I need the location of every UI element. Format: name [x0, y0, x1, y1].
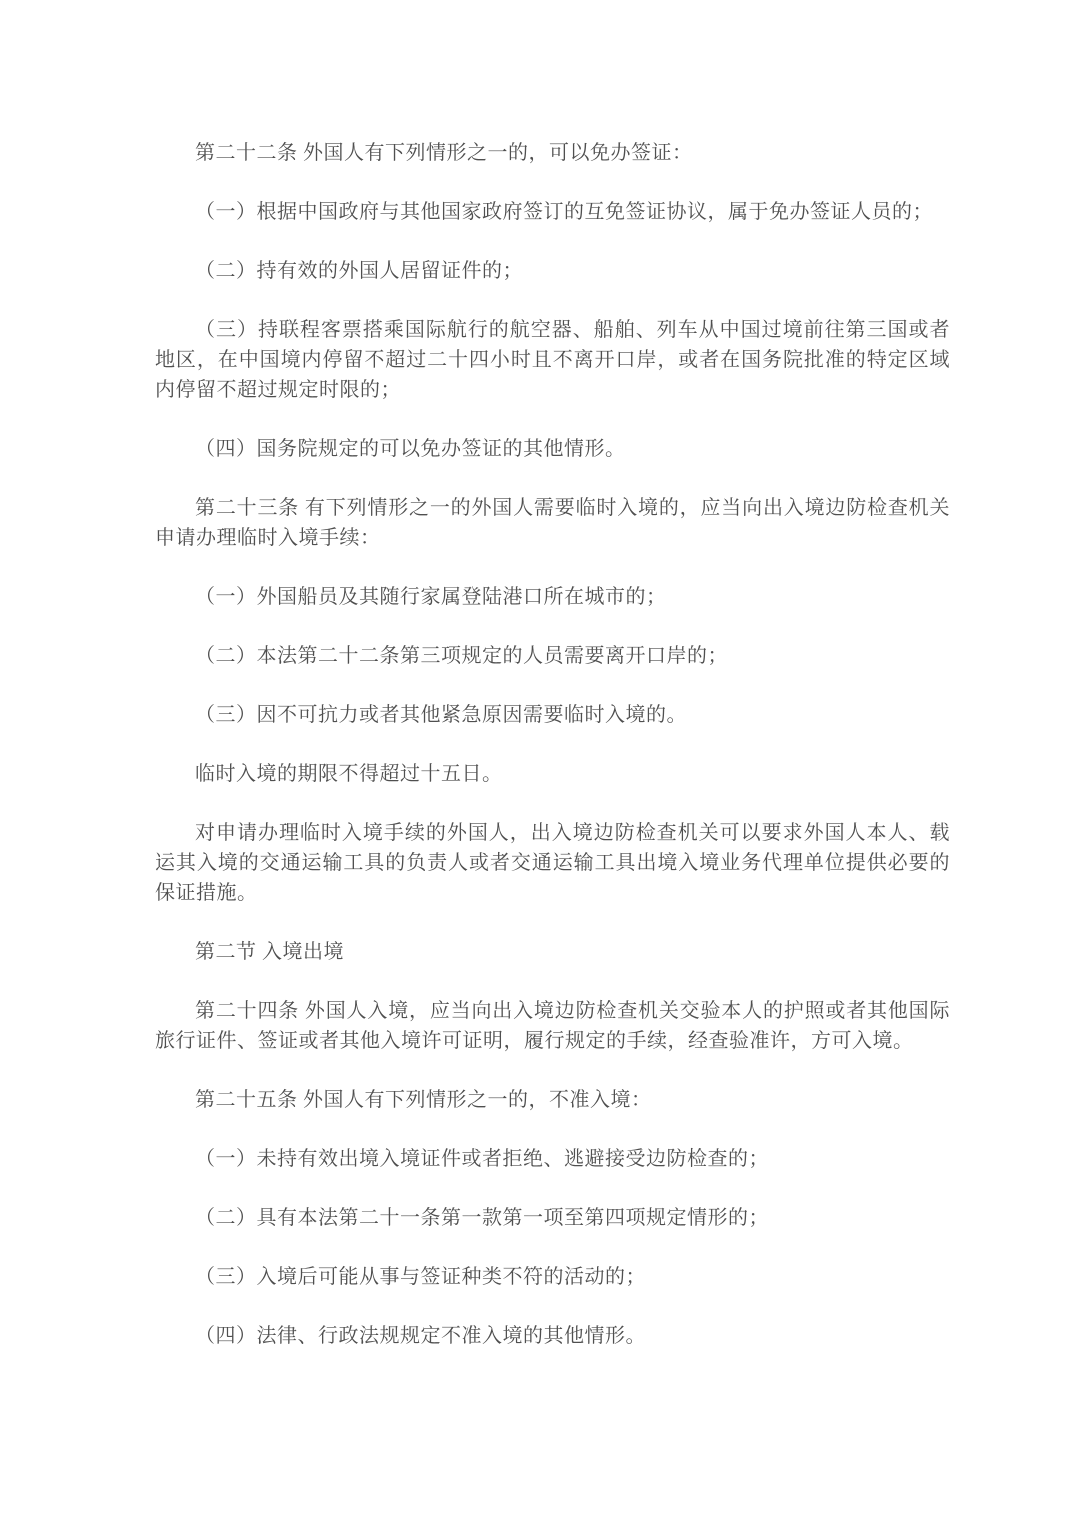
article-22-item-1: （一）根据中国政府与其他国家政府签订的互免签证协议，属于免办签证人员的； [155, 197, 950, 227]
article-22-item-3: （三）持联程客票搭乘国际航行的航空器、船舶、列车从中国过境前往第三国或者地区，在… [155, 315, 950, 405]
article-23-para-3: 对申请办理临时入境手续的外国人，出入境边防检查机关可以要求外国人本人、载运其入境… [155, 818, 950, 908]
document-page: 第二十二条 外国人有下列情形之一的，可以免办签证： （一）根据中国政府与其他国家… [0, 0, 1074, 1520]
article-23-heading: 第二十三条 有下列情形之一的外国人需要临时入境的，应当向出入境边防检查机关申请办… [155, 493, 950, 553]
article-25-item-1: （一）未持有效出境入境证件或者拒绝、逃避接受边防检查的； [155, 1144, 950, 1174]
article-23-item-2: （二）本法第二十二条第三项规定的人员需要离开口岸的； [155, 641, 950, 671]
article-25-item-2: （二）具有本法第二十一条第一款第一项至第四项规定情形的； [155, 1203, 950, 1233]
article-23-para-2: 临时入境的期限不得超过十五日。 [155, 759, 950, 789]
article-25-heading: 第二十五条 外国人有下列情形之一的，不准入境： [155, 1085, 950, 1115]
article-25-item-4: （四）法律、行政法规规定不准入境的其他情形。 [155, 1321, 950, 1351]
article-24-paragraph: 第二十四条 外国人入境，应当向出入境边防检查机关交验本人的护照或者其他国际旅行证… [155, 996, 950, 1056]
article-23-item-1: （一）外国船员及其随行家属登陆港口所在城市的； [155, 582, 950, 612]
article-22-item-2: （二）持有效的外国人居留证件的； [155, 256, 950, 286]
article-23-item-3: （三）因不可抗力或者其他紧急原因需要临时入境的。 [155, 700, 950, 730]
article-22-item-4: （四）国务院规定的可以免办签证的其他情形。 [155, 434, 950, 464]
article-25-item-3: （三）入境后可能从事与签证种类不符的活动的； [155, 1262, 950, 1292]
document-body: 第二十二条 外国人有下列情形之一的，可以免办签证： （一）根据中国政府与其他国家… [155, 138, 950, 1351]
article-22-heading: 第二十二条 外国人有下列情形之一的，可以免办签证： [155, 138, 950, 168]
section-2-heading: 第二节 入境出境 [155, 937, 950, 967]
